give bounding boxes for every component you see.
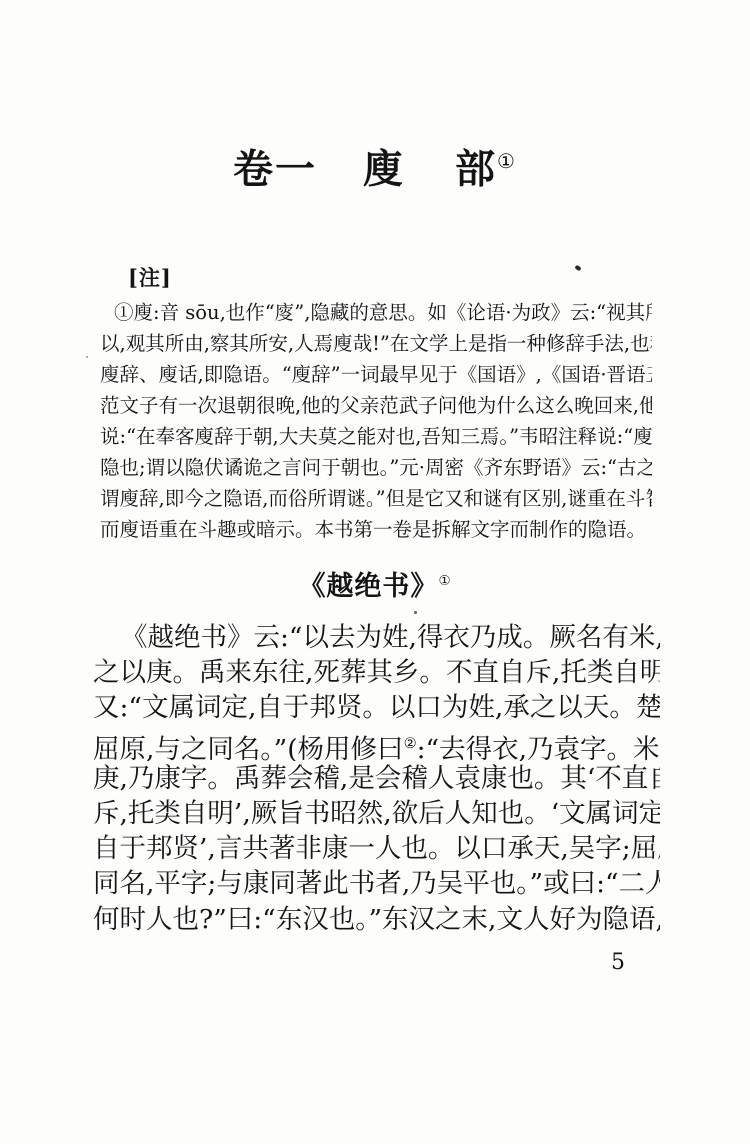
body-paragraph: 《越绝书》云:“以去为姓,得衣乃成。厥名有米,覆 之以庚。禹来东往,死葬其乡。不… <box>93 620 660 937</box>
note-line: 廋辞、廋话,即隐语。“廋辞”一词最早见于《国语》,《国语·晋语五》载, <box>100 359 652 390</box>
body-line: 屈原,与之同名。”(杨用修曰②:“去得衣,乃袁字。米覆 <box>93 726 660 761</box>
chapter-title-section-word: 部 <box>455 146 497 192</box>
section-heading-title: 《越绝书》 <box>298 571 438 602</box>
scan-speck <box>414 611 417 614</box>
note-header: [注] <box>128 262 172 292</box>
body-line: 同名,平字;与康同著此书者,乃吴平也。”或曰:“二人 <box>93 866 660 901</box>
note-line: 以,观其所由,察其所安,人焉廋哉!”在文学上是指一种修辞手法,也称 <box>100 328 652 359</box>
body-line: 斥,托类自明’,厥旨书昭然,欲后人知也。‘文属词定, <box>93 796 660 831</box>
body-line-text: 屈原,与之同名。”(杨用修曰 <box>93 733 404 760</box>
body-line: 自于邦贤’,言共著非康一人也。以口承天,吴字;屈原 <box>93 831 660 866</box>
note-line: 谓廋辞,即今之隐语,而俗所谓谜。”但是它又和谜有区别,谜重在斗智, <box>100 483 652 514</box>
page-number: 5 <box>611 950 625 975</box>
note-line: 范文子有一次退朝很晚,他的父亲范武子问他为什么这么晚回来,他 <box>100 390 652 421</box>
body-line-text: :“去得衣,乃袁字。米覆 <box>417 733 660 760</box>
chapter-title-character: 廋 <box>363 146 405 192</box>
scan-speck <box>574 265 581 272</box>
book-page: 卷一廋部① [注] ①廋:音 sōu,也作“廀”,隐藏的意思。如《论语·为政》云… <box>0 0 750 1144</box>
body-line: 庚,乃康字。禹葬会稽,是会稽人袁康也。其‘不直自 <box>93 761 660 796</box>
note-paragraph: ①廋:音 sōu,也作“廀”,隐藏的意思。如《论语·为政》云:“视其所 以,观其… <box>100 297 652 545</box>
body-line: 又:“文属词定,自于邦贤。以口为姓,承之以天。楚相 <box>93 690 660 725</box>
note-line: 而廋语重在斗趣或暗示。本书第一卷是拆解文字而制作的隐语。 <box>100 514 652 545</box>
note-line: ①廋:音 sōu,也作“廀”,隐藏的意思。如《论语·为政》云:“视其所 <box>100 297 652 328</box>
scan-speck <box>86 356 88 358</box>
chapter-title: 卷一廋部① <box>0 138 750 192</box>
body-footnote-marker: ② <box>404 735 417 752</box>
chapter-title-footnote-marker: ① <box>497 149 517 173</box>
body-line: 《越绝书》云:“以去为姓,得衣乃成。厥名有米,覆 <box>93 620 660 655</box>
section-heading: 《越绝书》① <box>0 563 750 605</box>
body-line: 何时人也?”曰:“东汉也。”东汉之末,文人好为隐语, <box>93 902 660 937</box>
note-line: 隐也;谓以隐伏谲诡之言问于朝也。”元·周密《齐东野语》云:“古之所 <box>100 452 652 483</box>
section-heading-footnote-marker: ① <box>438 573 451 589</box>
body-line: 之以庚。禹来东往,死葬其乡。不直自斥,托类自明。” <box>93 655 660 690</box>
note-line: 说:“在奉客廋辞于朝,大夫莫之能对也,吾知三焉。”韦昭注释说:“廋, <box>100 421 652 452</box>
chapter-title-volume: 卷一 <box>233 146 317 192</box>
